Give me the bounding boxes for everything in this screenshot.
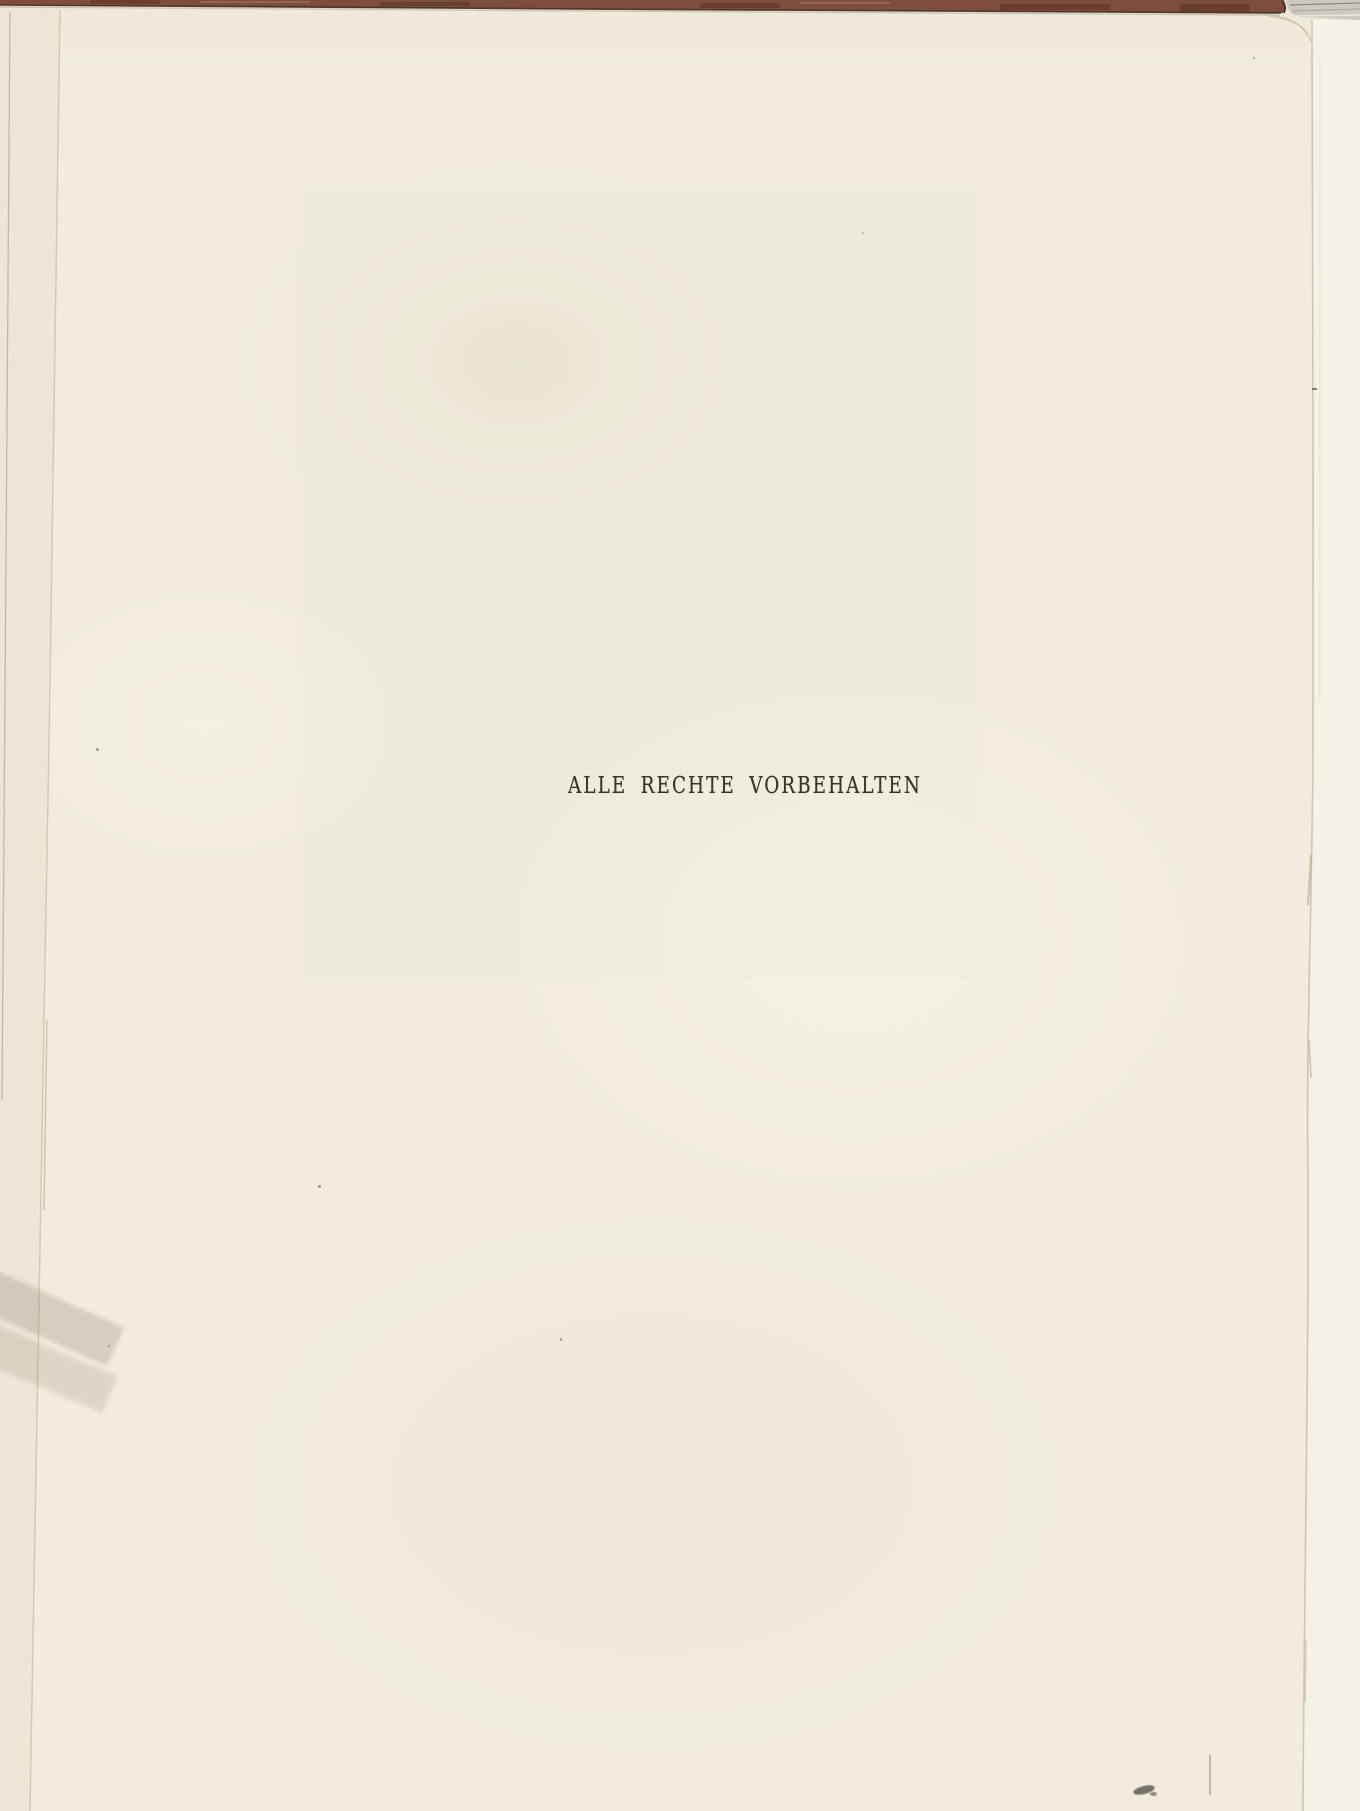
- paper-speck: [560, 1338, 562, 1341]
- paper-speck: [862, 232, 864, 234]
- deckle-edge-dark-3: [1305, 1640, 1306, 1702]
- paper-speck: [318, 1185, 321, 1188]
- right-leaf-fill: [1303, 20, 1360, 1811]
- page-block-highlight-line: [1296, 15, 1360, 16]
- book-page-scan: ALLE RECHTE VORBEHALTEN: [0, 0, 1360, 1811]
- paper-speck: [108, 1345, 110, 1347]
- paper-scratch: [1209, 1755, 1211, 1795]
- page-edges-graphic: [0, 0, 1360, 1811]
- edge-mark: [1312, 388, 1317, 390]
- left-page-edge-dark-segment: [44, 1020, 47, 1210]
- right-leaf-inner-line: [1319, 60, 1320, 700]
- paper-speck: [1253, 57, 1255, 59]
- rights-notice-text: ALLE RECHTE VORBEHALTEN: [568, 773, 922, 799]
- ink-smudge-dot: [1150, 1792, 1157, 1796]
- page-corner-curve-shadow: [1262, 14, 1307, 36]
- paper-speck: [96, 748, 99, 751]
- left-underpage-fill: [0, 5, 60, 1811]
